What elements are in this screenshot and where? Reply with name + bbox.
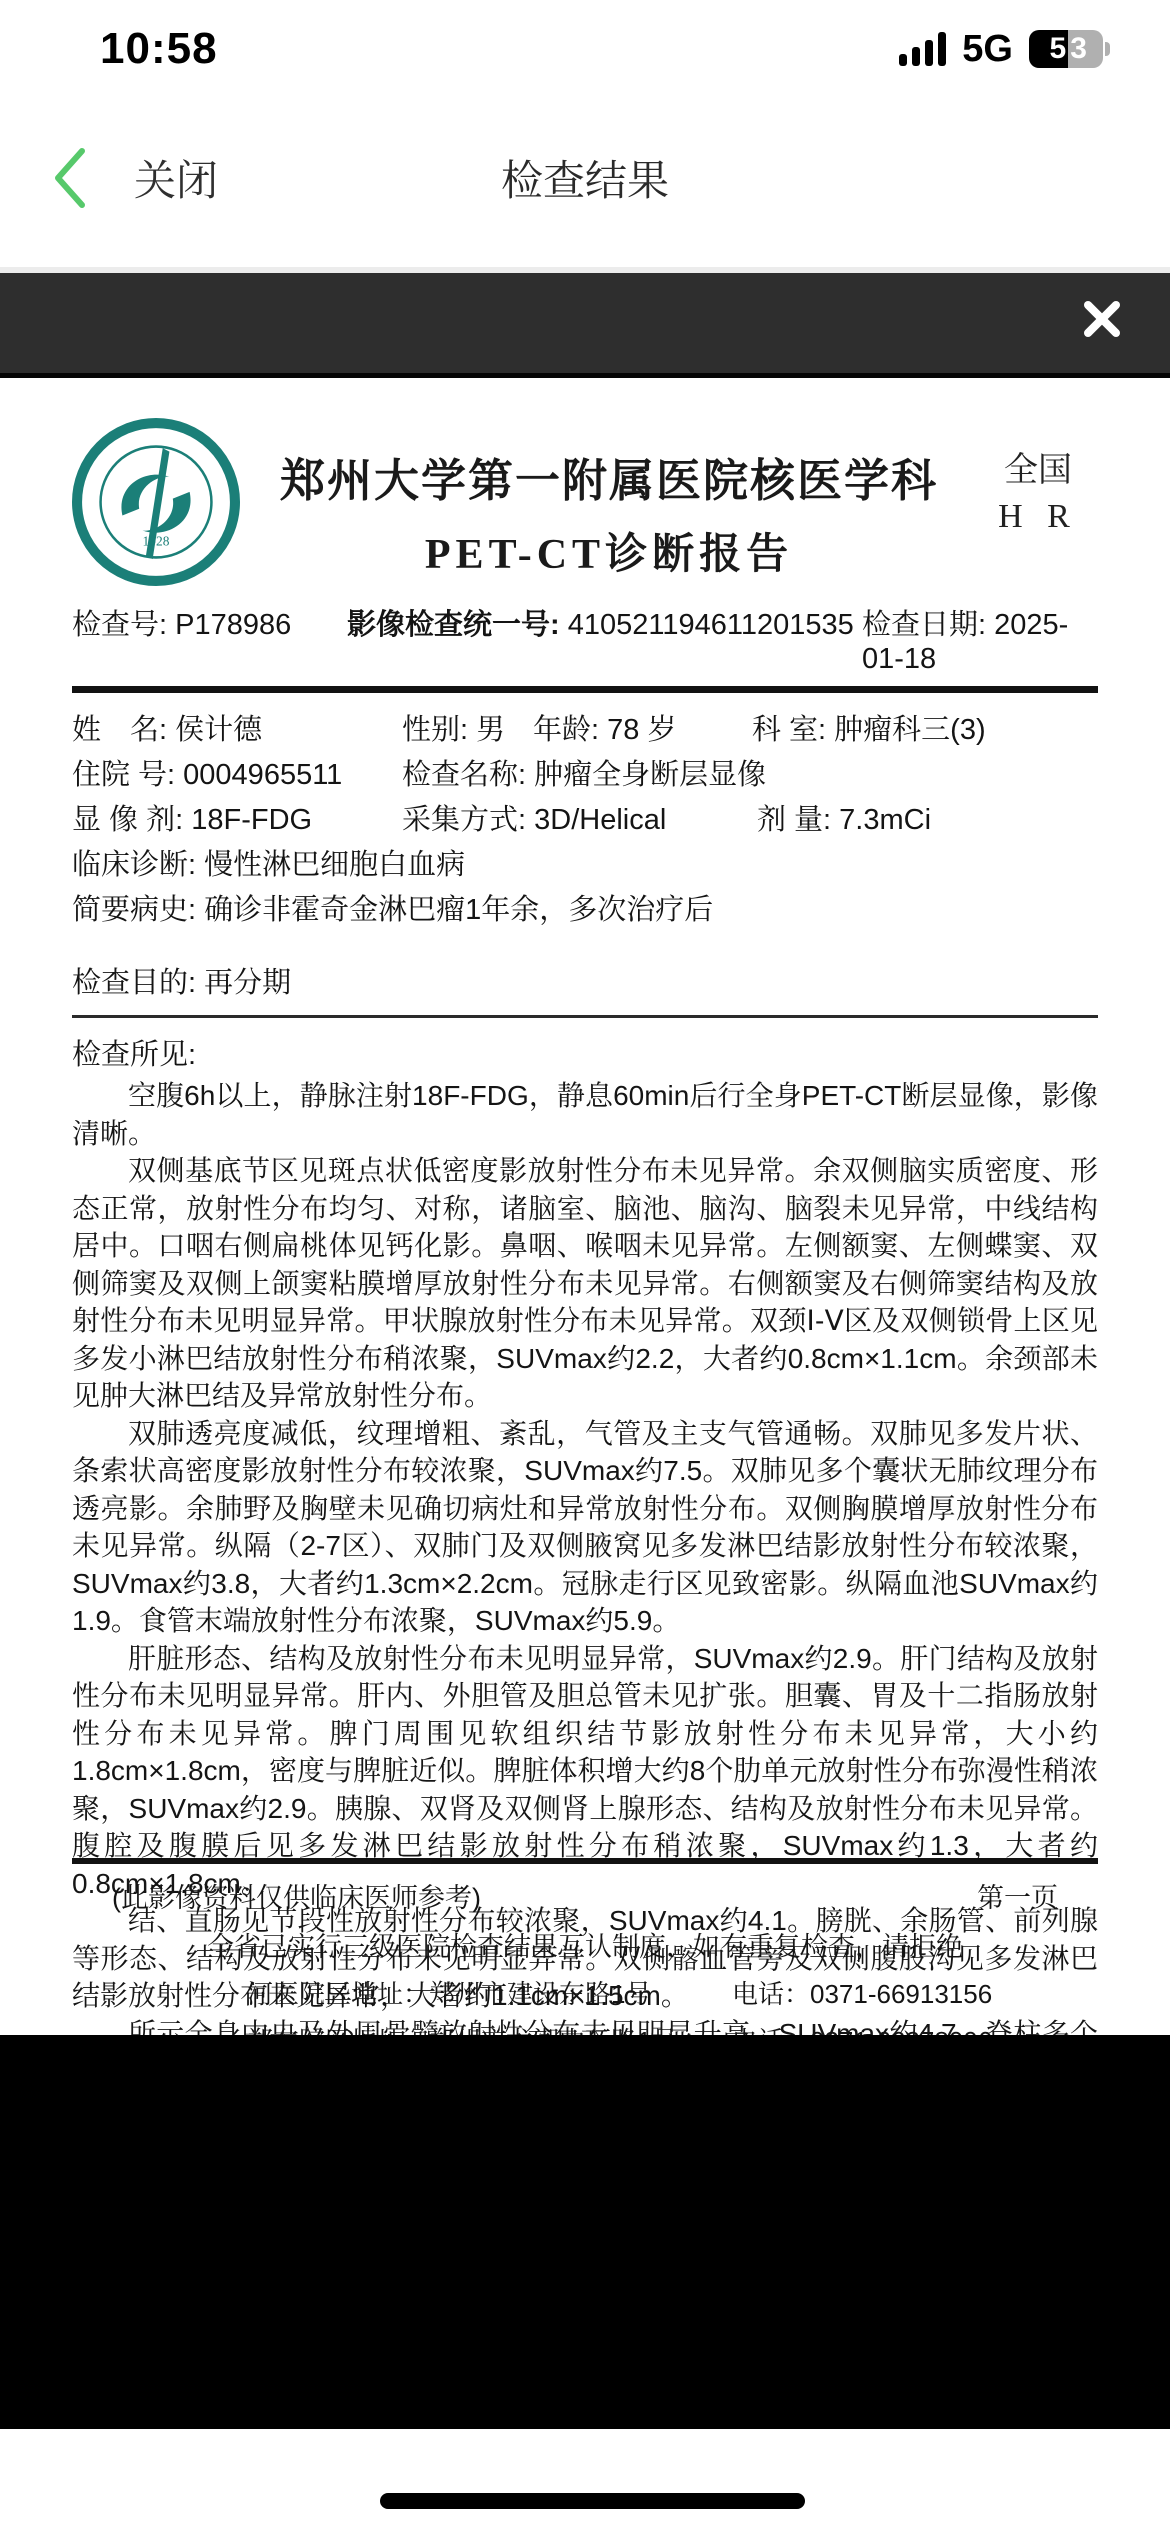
close-page-label[interactable]: 关闭: [134, 148, 218, 208]
field-row: 临床诊断: 慢性淋巴细胞白血病: [72, 840, 1098, 885]
header-rule: [72, 686, 1098, 693]
logo-year: 1928: [143, 534, 170, 549]
image-no-value: 410521194611201535: [568, 609, 854, 641]
admission-value: 0004965511: [183, 759, 342, 791]
field-row: 显 像 剂: 18F-FDG 采集方式: 3D/Helical 剂 量: 7.3…: [72, 795, 1098, 840]
dept-label: 科 室:: [752, 714, 834, 746]
gender-label: 性别:: [402, 714, 476, 746]
national-hr-stamp: 全国 H R: [978, 418, 1098, 586]
findings-paragraph: 双侧基底节区见斑点状低密度影放射性分布未见异常。余双侧脑实质密度、形态正常，放射…: [72, 1152, 1098, 1415]
report-header: 1928 郑州大学第一附属医院核医学科 PET-CT诊断报告 全国 H R: [72, 418, 1098, 586]
viewer-letterbox: [0, 2035, 1170, 2429]
patient-fields: 姓 名: 侯计德 性别: 男 年龄: 78 岁 科 室: 肿瘤科三(3) 住院 …: [72, 705, 1098, 930]
report-titles: 郑州大学第一附属医院核医学科 PET-CT诊断报告: [240, 418, 978, 586]
battery-remainder: 3: [1068, 30, 1103, 68]
battery-cap: [1105, 42, 1110, 56]
footer-note: (此影像资料仅供临床医师参考): [112, 1876, 481, 1915]
home-indicator[interactable]: [380, 2493, 805, 2509]
page-number: 第一页: [977, 1876, 1058, 1915]
back-button[interactable]: 关闭: [52, 147, 218, 209]
gender-value: 男: [476, 714, 505, 746]
close-icon: [1080, 297, 1124, 341]
diagnosis-value: 慢性淋巴细胞白血病: [204, 849, 465, 881]
findings-paragraph: 双肺透亮度减低，纹理增粗、紊乱，气管及主支气管通畅。双肺见多发片状、条索状高密度…: [72, 1415, 1098, 1640]
tracer-label: 显 像 剂:: [72, 804, 191, 836]
dose-value: 7.3mCi: [839, 804, 931, 836]
status-icons: 5G 5 3: [899, 28, 1110, 71]
campus1-address: 河医院区地址：郑州市建设东路1号: [247, 1974, 732, 2011]
network-type-label: 5G: [962, 28, 1013, 71]
exam-date-label: 检查日期:: [862, 609, 994, 641]
clock: 10:58: [100, 24, 218, 74]
tracer-value: 18F-FDG: [191, 804, 312, 836]
image-no-label: 影像检查统一号:: [347, 609, 568, 641]
report-document-image[interactable]: 1928 郑州大学第一附属医院核医学科 PET-CT诊断报告 全国 H R 检查…: [0, 378, 1170, 2035]
exam-purpose-row: 检查目的: 再分期: [72, 960, 1098, 1001]
acquisition-label: 采集方式:: [402, 804, 534, 836]
report-title: PET-CT诊断报告: [240, 521, 978, 581]
battery-icon: 5 3: [1029, 30, 1110, 68]
status-bar: 10:58 5G 5 3: [0, 0, 1170, 88]
name-label: 姓 名:: [72, 714, 175, 746]
dept-value: 肿瘤科三(3): [834, 714, 985, 746]
mutual-recognition-notice: 全省已实行三级医院检查结果互认制度，如有重复检查，请拒绝: [72, 1925, 1098, 1964]
age-value: 78 岁: [607, 714, 676, 746]
field-row: 姓 名: 侯计德 性别: 男 年龄: 78 岁 科 室: 肿瘤科三(3): [72, 705, 1098, 750]
report-meta-row: 检查号: P178986 影像检查统一号: 410521194611201535…: [72, 602, 1098, 676]
exam-name-label: 检查名称:: [402, 759, 534, 791]
footer-rule: [72, 1858, 1098, 1864]
acquisition-value: 3D/Helical: [534, 804, 666, 836]
hospital-logo: 1928: [72, 418, 240, 586]
image-viewer-toolbar: [0, 273, 1170, 378]
dose-label: 剂 量:: [757, 804, 839, 836]
history-label: 简要病史:: [72, 894, 204, 926]
purpose-value: 再分期: [204, 967, 291, 999]
chevron-left-icon: [52, 147, 88, 209]
age-label: 年龄:: [533, 714, 607, 746]
purpose-label: 检查目的:: [72, 967, 204, 999]
exam-no-label: 检查号:: [72, 609, 175, 641]
bottom-strip: [0, 2429, 1170, 2532]
diagnosis-label: 临床诊断:: [72, 849, 204, 881]
nav-bar: 关闭 检查结果: [0, 88, 1170, 267]
cellular-signal-icon: [899, 32, 946, 66]
exam-name-value: 肿瘤全身断层显像: [534, 759, 766, 791]
findings-heading: 检查所见:: [72, 1032, 1098, 1073]
field-row: 住院 号: 0004965511 检查名称: 肿瘤全身断层显像: [72, 750, 1098, 795]
exam-no-value: P178986: [175, 609, 291, 641]
field-row: 简要病史: 确诊非霍奇金淋巴瘤1年余，多次治疗后: [72, 885, 1098, 930]
name-value: 侯计德: [175, 714, 262, 746]
battery-fill: 5: [1029, 30, 1068, 68]
findings-paragraph: 空腹6h以上，静脉注射18F-FDG，静息60min后行全身PET-CT断层显像…: [72, 1077, 1098, 1152]
hospital-name: 郑州大学第一附属医院核医学科: [240, 444, 978, 509]
report-footer: (此影像资料仅供临床医师参考) 第一页 全省已实行三级医院检查结果互认制度，如有…: [72, 1858, 1098, 2058]
section-rule: [72, 1015, 1098, 1018]
close-viewer-button[interactable]: [1080, 297, 1124, 346]
admission-label: 住院 号:: [72, 759, 183, 791]
campus1-phone: 电话：0371-66913156: [732, 1974, 992, 2011]
history-value: 确诊非霍奇金淋巴瘤1年余，多次治疗后: [204, 894, 713, 926]
